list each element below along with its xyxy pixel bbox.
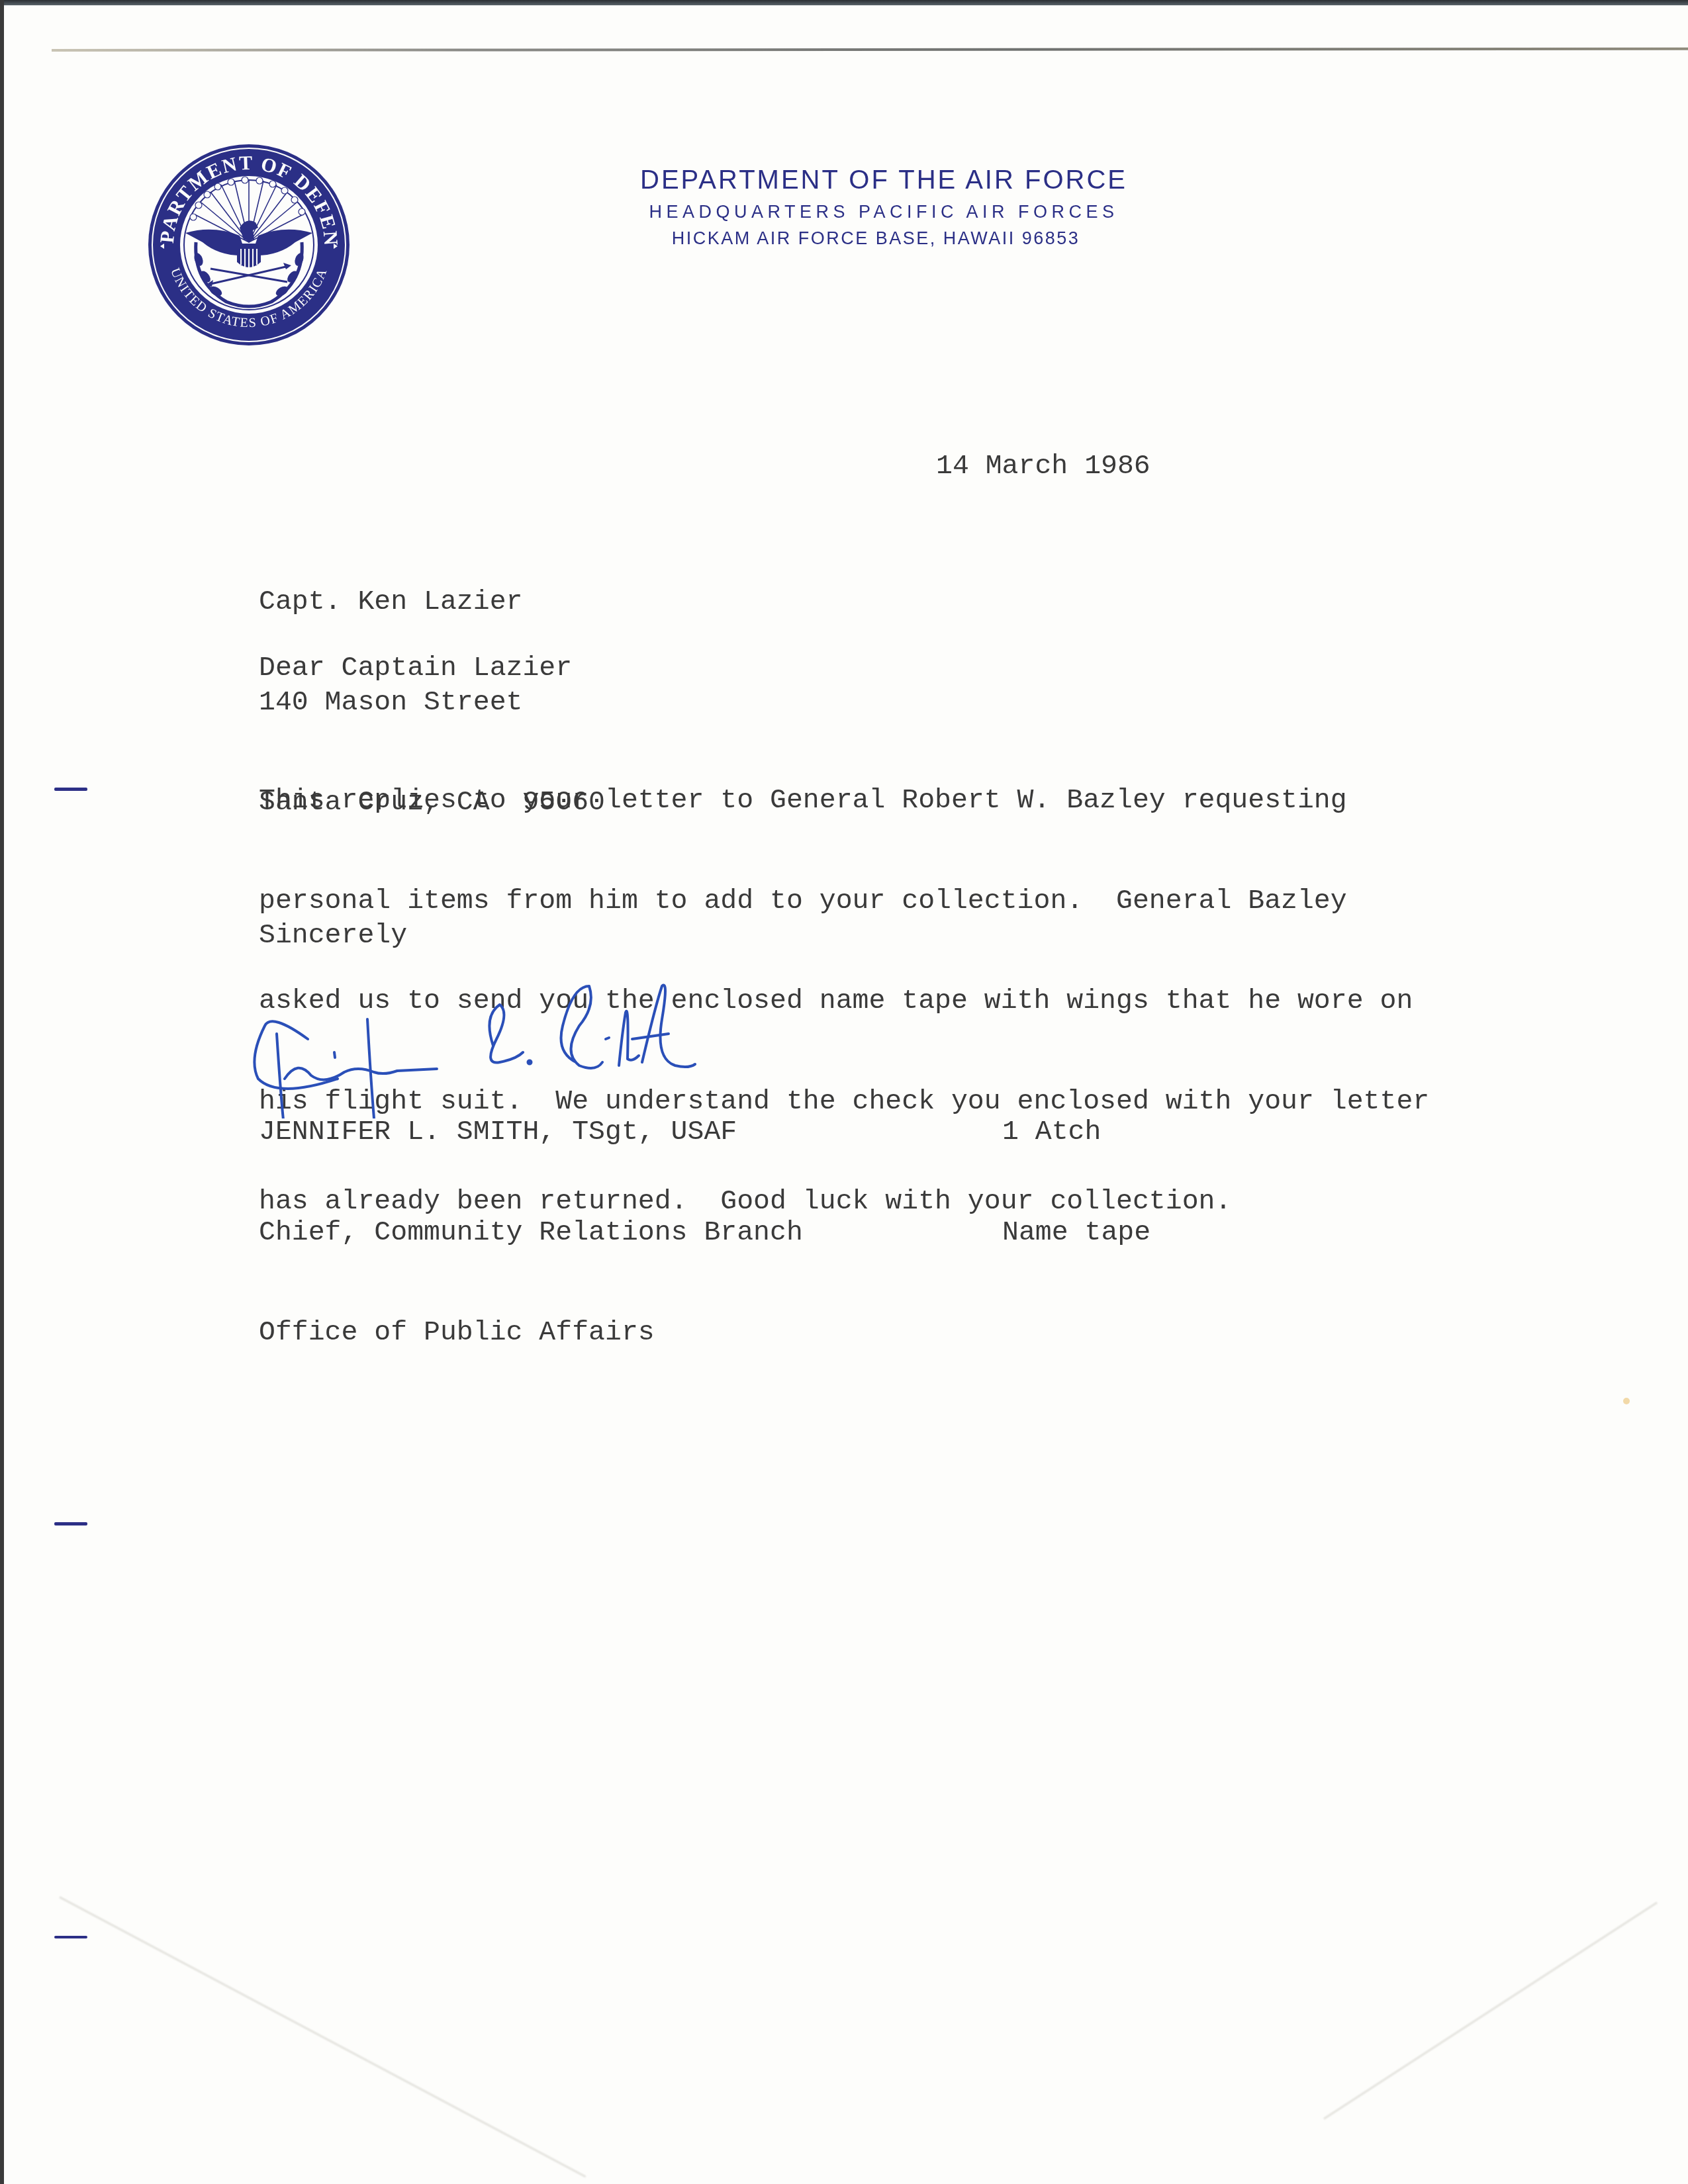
letterhead-organization: DEPARTMENT OF THE AIR FORCE — [583, 164, 1185, 196]
signer-name-rank: JENNIFER L. SMITH, TSgt, USAF — [259, 1116, 803, 1150]
scan-left-edge — [0, 0, 4, 2184]
letterhead-location: HICKAM AIR FORCE BASE, HAWAII 96853 — [567, 225, 1185, 251]
paper-stain — [1623, 1398, 1630, 1404]
body-line: personal items from him to add to your c… — [259, 885, 1429, 919]
margin-fold-mark — [54, 1522, 87, 1525]
paper-fold-crease — [59, 1896, 586, 2177]
body-line: This replies to your letter to General R… — [259, 784, 1429, 818]
page-top-rule — [52, 48, 1688, 52]
letterhead-command: HEADQUARTERS PACIFIC AIR FORCES — [583, 199, 1185, 225]
scan-top-edge — [0, 0, 1688, 5]
letterhead: DEPARTMENT OF THE AIR FORCE HEADQUARTERS… — [583, 164, 1185, 251]
attachment-count: 1 Atch — [1002, 1116, 1150, 1150]
recipient-street: 140 Mason Street — [259, 686, 605, 720]
attachment-description: Name tape — [1002, 1216, 1150, 1250]
department-of-defense-seal-icon: DEPARTMENT OF DEFENSE UNITED STATES OF A… — [147, 143, 351, 347]
paper-fold-crease — [1323, 1901, 1658, 2119]
signer-office: Office of Public Affairs — [259, 1316, 803, 1350]
recipient-name: Capt. Ken Lazier — [259, 586, 605, 619]
attachment-note: 1 Atch Name tape — [1002, 1049, 1150, 1283]
salutation: Dear Captain Lazier — [259, 652, 572, 686]
signature-block: JENNIFER L. SMITH, TSgt, USAF Chief, Com… — [259, 1049, 803, 1383]
signer-title: Chief, Community Relations Branch — [259, 1216, 803, 1250]
margin-fold-mark — [54, 1936, 87, 1938]
letter-date: 14 March 1986 — [936, 450, 1150, 484]
margin-fold-mark — [54, 788, 87, 791]
